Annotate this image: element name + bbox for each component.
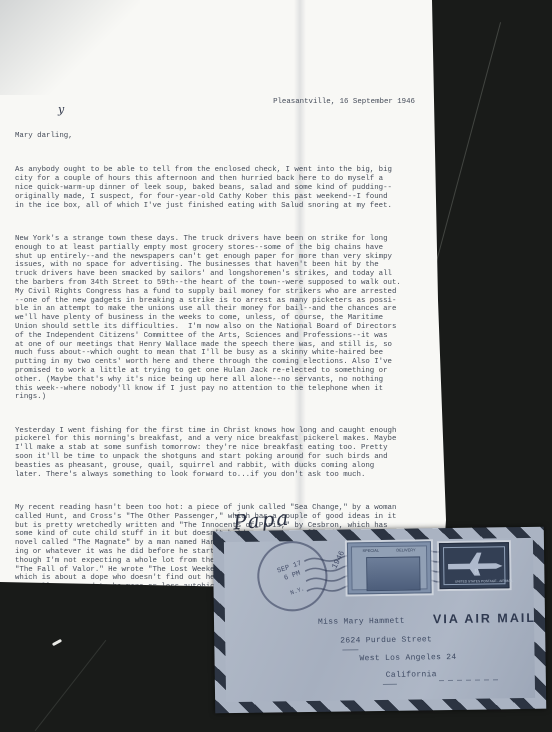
typewriter-dash: [342, 649, 358, 650]
photo-of-letter-and-envelope: Pleasantville, 16 September 1946 Mary da…: [0, 0, 552, 732]
stamp-vignette: [366, 556, 420, 591]
via-air-mail-label: VIA AIR MAIL: [433, 611, 536, 626]
special-delivery-stamp-frame: SPECIAL DELIVERY: [351, 545, 428, 590]
airmail-envelope: SEP 17 6 PM N.Y. 1946 SPECIAL DELIVERY: [213, 527, 547, 714]
airmail-stamp: 8 UNITED STATES POSTAGE - AIR MAIL: [439, 542, 510, 589]
film-scratch-bottom-left: [35, 640, 107, 731]
letter-dateline: Pleasantville, 16 September 1946: [15, 98, 417, 107]
address-line-2: 2624 Purdue Street: [340, 635, 432, 645]
airmail-denomination: 8: [474, 569, 478, 576]
address-line-3: West Los Angeles 24: [359, 653, 456, 663]
handwritten-correction: y: [58, 103, 64, 116]
letter-salutation: Mary darling,: [15, 132, 417, 141]
letter-sheet: Pleasantville, 16 September 1946 Mary da…: [0, 0, 447, 591]
special-delivery-label-left: SPECIAL: [362, 549, 379, 554]
airmail-stamp-frame: 8 UNITED STATES POSTAGE - AIR MAIL: [443, 546, 506, 585]
special-delivery-label-right: DELIVERY: [396, 548, 415, 553]
address-line-1: Miss Mary Hammett: [318, 617, 405, 627]
special-delivery-stamp: SPECIAL DELIVERY: [347, 541, 432, 594]
letter-paragraph-1: As anybody ought to be able to tell from…: [15, 166, 417, 210]
airmail-stamp-footer: UNITED STATES POSTAGE - AIR MAIL: [455, 579, 494, 583]
typewriter-dash: [383, 684, 397, 685]
address-line-4: California: [386, 670, 437, 680]
dust-speck: [52, 639, 62, 646]
film-scratch-top-right: [436, 22, 501, 262]
letter-paragraph-2: New York's a strange town these days. Th…: [15, 235, 417, 402]
letter-paragraph-3: Yesterday I went fishing for the first t…: [15, 427, 417, 480]
